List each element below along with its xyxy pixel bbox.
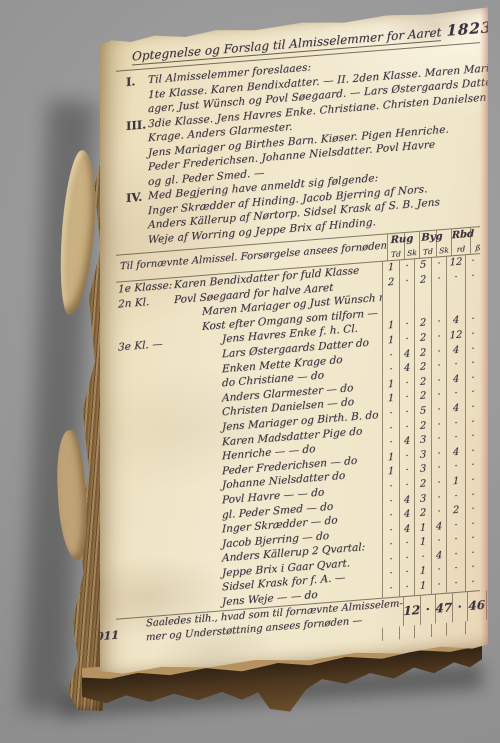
- value-cell: 3: [414, 433, 431, 449]
- value-cell: ·: [465, 502, 480, 518]
- value-cell: [431, 301, 446, 317]
- value-cell: ·: [382, 552, 399, 568]
- value-cell: ·: [431, 578, 446, 594]
- photo-of-ledger: Optegnelse og Forslag til Almisselemmer …: [0, 0, 500, 743]
- value-cell: ·: [382, 582, 399, 598]
- value-cell: ·: [465, 488, 480, 504]
- value-cell: ·: [431, 461, 446, 477]
- value-cell: ·: [446, 547, 465, 563]
- value-cell: ·: [465, 517, 480, 533]
- value-cell: ·: [399, 318, 414, 334]
- value-cell: ·: [399, 566, 414, 582]
- value-cell: [414, 302, 431, 318]
- value-cell: ·: [446, 518, 465, 534]
- value-cell: [382, 304, 399, 320]
- value-cell: 2: [414, 360, 431, 376]
- value-cell: ·: [382, 567, 399, 583]
- value-cell: ·: [446, 489, 465, 505]
- value-cell: 3: [414, 462, 431, 478]
- value-cell: 1: [382, 465, 399, 481]
- value-cell: ·: [399, 580, 414, 596]
- value-cell: ·: [431, 417, 446, 433]
- value-cell: ·: [465, 400, 480, 416]
- value-cell: ·: [465, 444, 480, 460]
- value-cell: ·: [431, 534, 446, 550]
- value-cell: 2: [414, 418, 431, 434]
- table-body: 1e Klasse:Karen Bendixdatter for fuld Kl…: [116, 254, 480, 618]
- value-cell: ·: [399, 405, 414, 421]
- value-cell: [465, 298, 480, 314]
- title-year: 1823.: [446, 18, 498, 40]
- value-cell: ·: [431, 446, 446, 462]
- value-cell: ·: [399, 551, 414, 567]
- value-cell: 3: [414, 448, 431, 464]
- value-cell: 2: [382, 275, 399, 291]
- value-cell: ·: [431, 490, 446, 506]
- value-cell: 2: [414, 316, 431, 332]
- stub-cell: [399, 625, 414, 639]
- value-cell: ·: [446, 533, 465, 549]
- value-cell: 4: [399, 434, 414, 450]
- value-cell: 2: [414, 389, 431, 405]
- value-cell: 4: [446, 314, 465, 330]
- value-cell: ·: [446, 460, 465, 476]
- stub-cell: [382, 626, 399, 640]
- value-cell: ·: [465, 458, 480, 474]
- value-cell: 2: [414, 477, 431, 493]
- value-cell: ·: [382, 348, 399, 364]
- value-cell: ·: [431, 476, 446, 492]
- value-cell: ·: [431, 388, 446, 404]
- value-cell: 4: [399, 361, 414, 377]
- value-cell: 1: [414, 579, 431, 595]
- value-cell: ·: [399, 332, 414, 348]
- value-cell: 4: [431, 549, 446, 565]
- value-cell: ·: [465, 269, 480, 285]
- value-cell: ·: [465, 356, 480, 372]
- value-cell: ·: [446, 562, 465, 578]
- value-cell: ·: [446, 430, 465, 446]
- value-cell: ·: [465, 473, 480, 489]
- value-cell: ·: [399, 274, 414, 290]
- stub-cell: [414, 624, 431, 638]
- stub-cell: [465, 620, 480, 634]
- value-cell: 2: [446, 503, 465, 519]
- value-cell: ·: [465, 385, 480, 401]
- value-cell: 12: [446, 255, 465, 271]
- value-cell: [446, 299, 465, 315]
- column-group-label: Byg: [417, 231, 447, 244]
- ledger-page: Optegnelse og Forslag til Almisselemmer …: [100, 7, 488, 678]
- value-cell: ·: [465, 531, 480, 547]
- value-cell: 4: [446, 401, 465, 417]
- value-cell: 5: [414, 404, 431, 420]
- value-cell: 2: [414, 273, 431, 289]
- value-cell: 1: [414, 564, 431, 580]
- value-cell: ·: [465, 254, 480, 270]
- value-cell: ·: [414, 550, 431, 566]
- value-cell: ·: [382, 406, 399, 422]
- value-cell: 1: [382, 260, 399, 276]
- stub-cell: [446, 621, 465, 635]
- totals-values: 12·47·46·: [403, 589, 500, 626]
- value-cell: 2: [414, 375, 431, 391]
- value-cell: [465, 283, 480, 299]
- totals-cell: ·: [486, 589, 500, 619]
- value-cell: ·: [399, 376, 414, 392]
- value-cell: [399, 288, 414, 304]
- totals-cell: ·: [452, 592, 467, 622]
- value-cell: ·: [431, 330, 446, 346]
- value-cell: ·: [382, 479, 399, 495]
- value-cell: [399, 303, 414, 319]
- value-cell: ·: [465, 429, 480, 445]
- value-cell: ·: [431, 344, 446, 360]
- value-cell: ·: [399, 449, 414, 465]
- value-cell: ·: [446, 416, 465, 432]
- value-cell: 2: [414, 346, 431, 362]
- intro-section: I.Til Almisselemmer foreslaaes:1te Klass…: [126, 47, 480, 249]
- totals-cell: 46: [467, 590, 486, 620]
- value-cell: ·: [465, 312, 480, 328]
- ledger-table: Til fornævnte Almissel. Forsørgelse anse…: [116, 226, 480, 661]
- value-cell: ·: [431, 257, 446, 273]
- stub-cell: [431, 622, 446, 636]
- value-cell: ·: [399, 464, 414, 480]
- value-cell: 1: [382, 333, 399, 349]
- value-cell: ·: [431, 271, 446, 287]
- value-cell: 1: [382, 450, 399, 466]
- value-cell: ·: [382, 363, 399, 379]
- value-cell: [382, 290, 399, 306]
- value-cell: ·: [431, 505, 446, 521]
- value-cell: 4: [399, 493, 414, 509]
- value-cell: ·: [382, 421, 399, 437]
- value-cell: ·: [431, 563, 446, 579]
- value-cell: ·: [399, 391, 414, 407]
- value-cell: ·: [382, 538, 399, 554]
- totals-cell: ·: [420, 594, 435, 624]
- value-cell: ·: [465, 327, 480, 343]
- value-cell: ·: [465, 546, 480, 562]
- value-cell: ·: [431, 403, 446, 419]
- value-cell: ·: [465, 415, 480, 431]
- value-cell: 4: [446, 343, 465, 359]
- value-cell: 4: [399, 522, 414, 538]
- value-cell: ·: [431, 359, 446, 375]
- value-cell: 1: [414, 535, 431, 551]
- value-cell: 4: [431, 519, 446, 535]
- value-cell: 12: [446, 328, 465, 344]
- value-cell: ·: [382, 436, 399, 452]
- value-cell: 4: [399, 507, 414, 523]
- value-cell: ·: [446, 387, 465, 403]
- value-cell: 1: [382, 377, 399, 393]
- value-cell: ·: [431, 432, 446, 448]
- value-cell: ·: [465, 561, 480, 577]
- value-cell: 1: [446, 474, 465, 490]
- value-cell: 2: [414, 331, 431, 347]
- value-cell: ·: [431, 315, 446, 331]
- value-cell: ·: [465, 371, 480, 387]
- value-cell: ·: [399, 478, 414, 494]
- value-cell: ·: [465, 342, 480, 358]
- value-cell: ·: [446, 357, 465, 373]
- totals-cell: 12: [403, 595, 420, 625]
- value-cell: 3: [414, 491, 431, 507]
- value-cell: 4: [399, 347, 414, 363]
- value-cell: ·: [382, 509, 399, 525]
- value-cell: 5: [414, 258, 431, 274]
- value-cell: ·: [382, 523, 399, 539]
- column-group-label: Rug: [387, 233, 417, 246]
- value-cell: [446, 284, 465, 300]
- value-cell: 1: [414, 521, 431, 537]
- value-cell: ·: [382, 494, 399, 510]
- value-cell: ·: [446, 270, 465, 286]
- value-cell: ·: [446, 576, 465, 592]
- totals-cell: 47: [435, 593, 452, 623]
- value-cell: ·: [399, 420, 414, 436]
- value-cell: ·: [399, 259, 414, 275]
- value-cell: 1: [382, 392, 399, 408]
- value-cell: 1: [382, 319, 399, 335]
- value-cell: ·: [399, 537, 414, 553]
- value-cell: 4: [446, 372, 465, 388]
- page-content: Optegnelse og Forslag til Almisselemmer …: [100, 7, 488, 678]
- value-cell: [414, 287, 431, 303]
- section-numeral: [126, 233, 148, 249]
- value-cell: ·: [431, 374, 446, 390]
- value-cell: 2: [414, 506, 431, 522]
- value-cell: [431, 286, 446, 302]
- value-cell: ·: [465, 575, 480, 591]
- value-cell: 4: [446, 445, 465, 461]
